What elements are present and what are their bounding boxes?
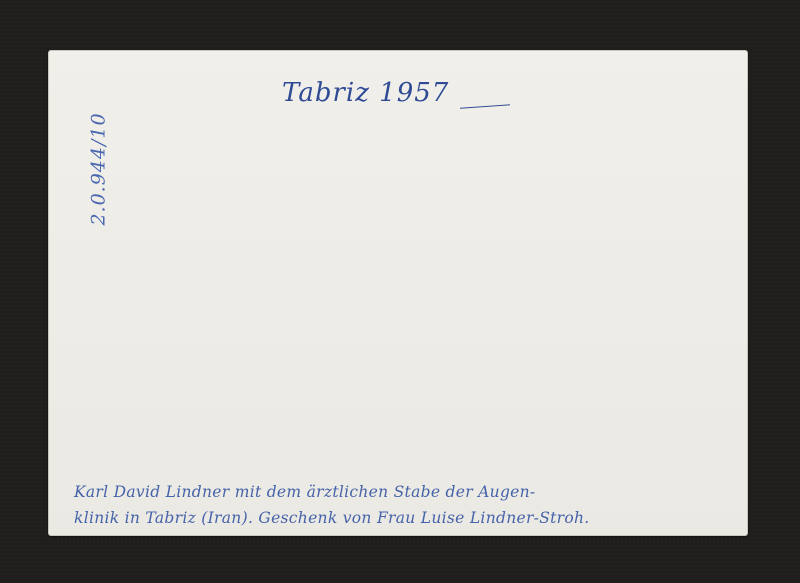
title-flourish — [460, 104, 510, 108]
caption-line-2: klinik in Tabriz (Iran). Geschenk von Fr… — [74, 509, 590, 527]
caption-line-1: Karl David Lindner mit dem ärztlichen St… — [74, 483, 535, 501]
photo-card-back: Tabriz 1957 2.0.944/10 Karl David Lindne… — [48, 50, 748, 536]
archive-number: 2.0.944/10 — [88, 112, 110, 225]
title-inscription: Tabriz 1957 — [282, 78, 449, 108]
